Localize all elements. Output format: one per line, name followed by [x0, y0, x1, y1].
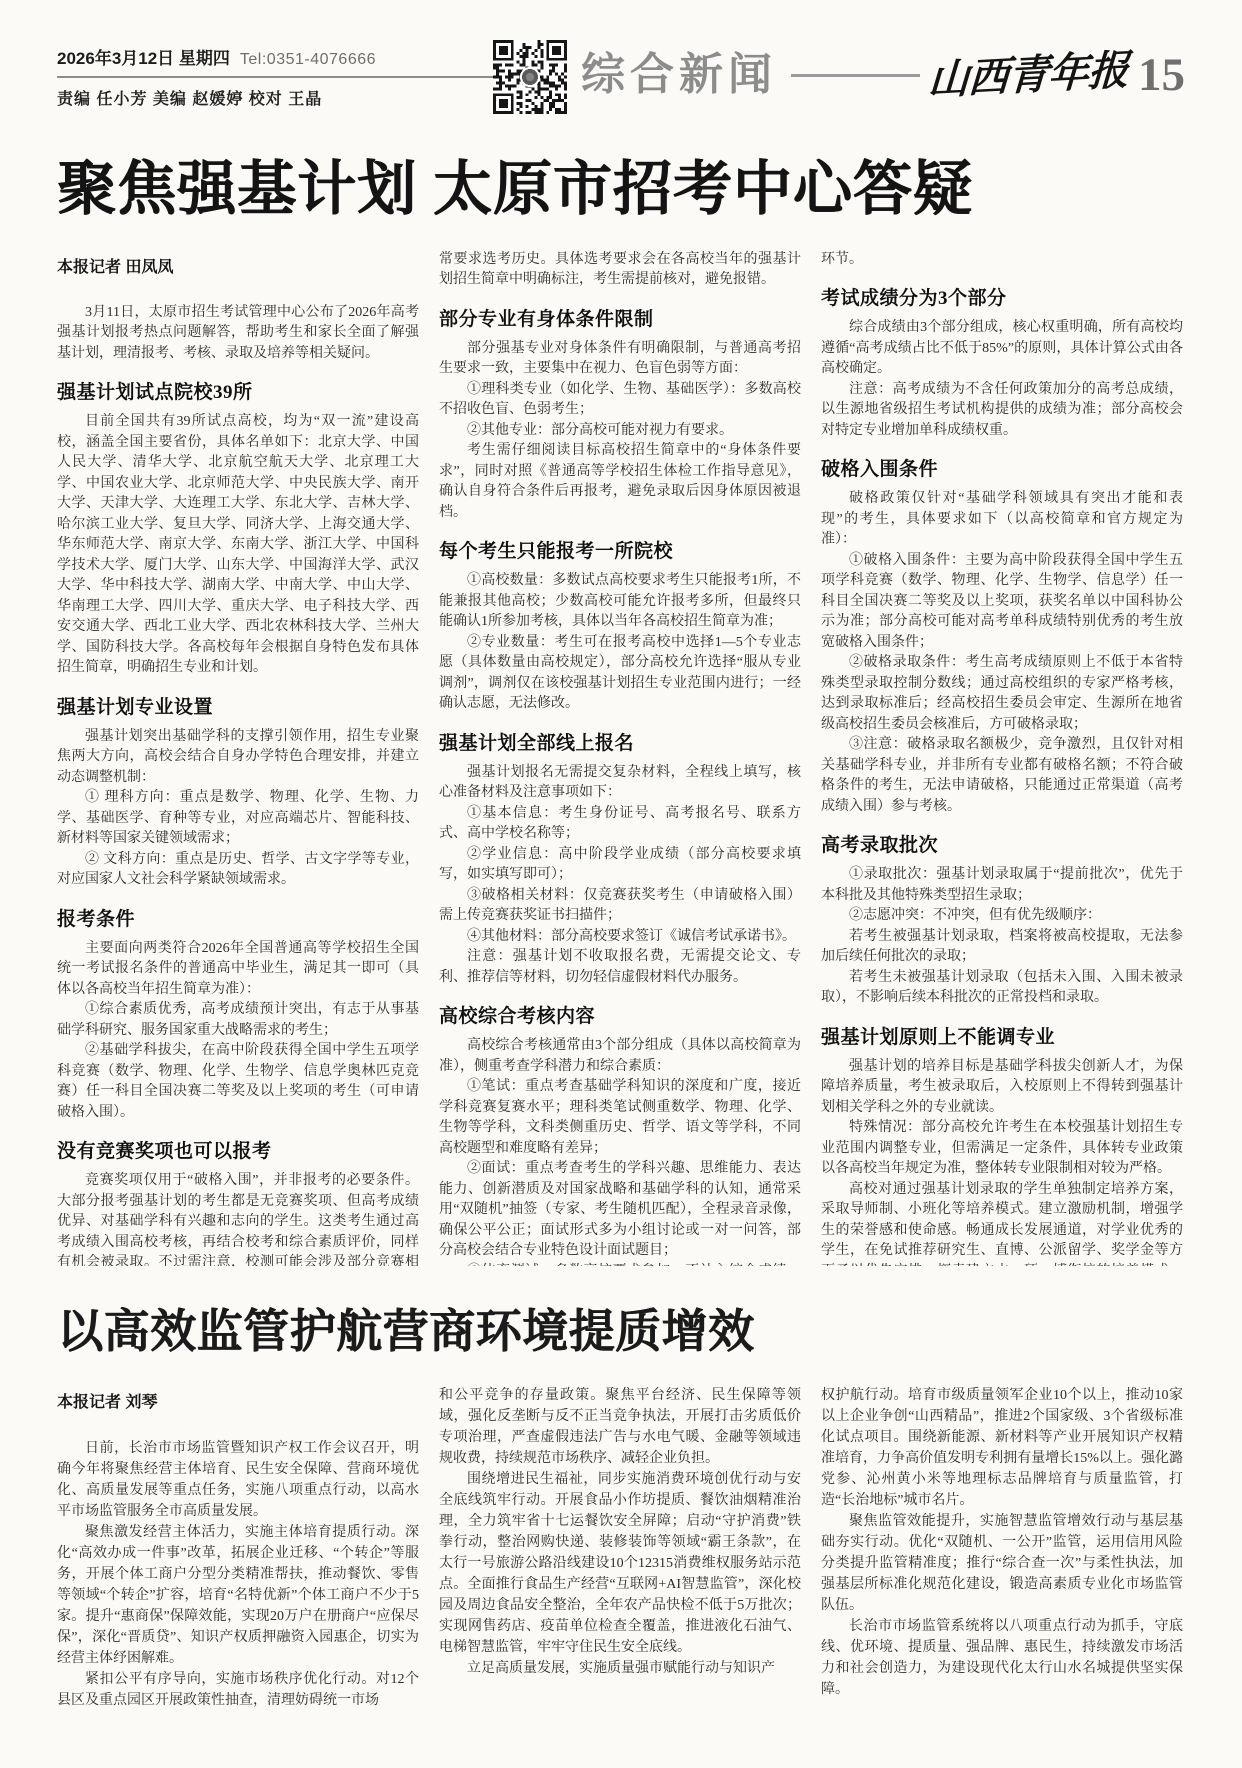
section-title: 综合新闻	[581, 53, 777, 97]
paragraph: ① 理科方向：重点是数学、物理、化学、生物、力学、基础医学、育种等专业，对应高端…	[57, 788, 419, 850]
article-column: 环节。考试成绩分为3个部分综合成绩由3个部分组成，核心权重明确，所有高校均遵循“…	[821, 250, 1183, 1266]
section-heading: 强基计划试点院校39所	[57, 377, 419, 404]
paragraph: 3月11日，太原市招生考试管理中心公布了2026年高考强基计划报考热点问题解答，…	[57, 303, 419, 365]
article-column: 常要求选考历史。具体选考要求会在各高校当年的强基计划招生简章中明确标注，考生需提…	[439, 250, 801, 1266]
paragraph: 综合成绩由3个部分组成，核心权重明确，所有高校均遵循“高考成绩占比不低于85%”…	[821, 318, 1183, 380]
paragraph: 竞赛奖项仅用于“破格入围”，并非报考的必要条件。大部分报考强基计划的考生都是无竞…	[57, 1171, 419, 1266]
paragraph: 日前，长治市市场监管暨知识产权工作会议召开，明确今年将聚焦经营主体培育、民生安全…	[57, 1438, 419, 1522]
paragraph: 权护航行动。培育市级质量领军企业10个以上，推动10家以上企业争创“山西精品”，…	[821, 1385, 1183, 1511]
header-left-block: 2026年3月12日 星期四Tel:0351-4076666 责编 任小芳 美编…	[57, 34, 493, 109]
paragraph: 注意：强基计划不收取报名费，无需提交论文、专利、推荐信等材料，切勿轻信虚假材料代…	[439, 947, 801, 988]
article2-columns: 本报记者 刘琴日前，长治市市场监管暨知识产权工作会议召开，明确今年将聚焦经营主体…	[57, 1385, 1185, 1757]
paragraph: ②基础学科拔尖，在高中阶段获得全国中学生五项学科竞赛（数学、物理、化学、生物学、…	[57, 1041, 419, 1123]
article2-headline: 以高效监管护航营商环境提质增效	[57, 1306, 1185, 1359]
section-heading: 考试成绩分为3个部分	[821, 283, 1183, 310]
paragraph: 强基计划突出基础学科的支撑引领作用，招生专业聚焦两大方向，高校会结合自身办学特色…	[57, 727, 419, 789]
section-heading: 报考条件	[57, 904, 419, 931]
page-header: 2026年3月12日 星期四Tel:0351-4076666 责编 任小芳 美编…	[57, 34, 1185, 116]
paragraph: ①破格入围条件：主要为高中阶段获得全国中学生五项学科竞赛（数学、物理、化学、生物…	[821, 551, 1183, 654]
byline: 本报记者 田凤凤	[57, 254, 419, 277]
paragraph: 部分强基专业对身体条件有明确限制，与普通高考招生要求一致，主要集中在视力、色盲色…	[439, 339, 801, 380]
paragraph: 聚焦激发经营主体活力，实施主体培育提质行动。深化“高效办成一件事”改革，拓展企业…	[57, 1522, 419, 1669]
paragraph: 立足高质量发展，实施质量强市赋能行动与知识产	[439, 1658, 801, 1679]
article-column: 本报记者 田凤凤3月11日，太原市招生考试管理中心公布了2026年高考强基计划报…	[57, 250, 419, 1266]
paragraph: 强基计划报名无需提交复杂材料，全程线上填写，核心准备材料及注意事项如下：	[439, 763, 801, 804]
section-heading: 破格入围条件	[821, 454, 1183, 481]
newspaper-page: 2026年3月12日 星期四Tel:0351-4076666 责编 任小芳 美编…	[0, 0, 1242, 1768]
section-heading: 高校综合考核内容	[439, 1001, 801, 1028]
article-qiangji-plan: 聚焦强基计划 太原市招考中心答疑 本报记者 田凤凤3月11日，太原市招生考试管理…	[57, 156, 1185, 1266]
paragraph: 注意：高考成绩为不含任何政策加分的高考总成绩，以生源地省级招生考试机构提供的成绩…	[821, 380, 1183, 442]
paragraph: ②其他专业：部分高校可能对视力有要求。	[439, 421, 801, 442]
section-heading: 强基计划原则上不能调专业	[821, 1022, 1183, 1049]
paragraph: 高校对通过强基计划录取的学生单独制定培养方案，采取导师制、小班化等培养模式。建立…	[821, 1180, 1183, 1266]
article-column: 权护航行动。培育市级质量领军企业10个以上，推动10家以上企业争创“山西精品”，…	[821, 1385, 1183, 1757]
paragraph: 高校综合考核通常由3个部分组成（具体以高校简章为准），侧重考查学科潜力和综合素质…	[439, 1036, 801, 1077]
paragraph: ④其他材料：部分高校要求签订《诚信考试承诺书》。	[439, 927, 801, 948]
article-supervision: 以高效监管护航营商环境提质增效 本报记者 刘琴日前，长治市市场监管暨知识产权工作…	[57, 1306, 1185, 1757]
article1-headline: 聚焦强基计划 太原市招考中心答疑	[57, 156, 1185, 224]
editors-text: 责编 任小芳 美编 赵媛婷 校对 王晶	[57, 78, 493, 109]
paragraph: 紧扣公平有序导向，实施市场秩序优化行动。对12个县区及重点园区开展政策性抽查，清…	[57, 1669, 419, 1711]
paragraph: ①基本信息：考生身份证号、高考报名号、联系方式、高中学校名称等；	[439, 804, 801, 845]
date-text: 2026年3月12日 星期四	[57, 49, 230, 68]
section-heading: 强基计划专业设置	[57, 692, 419, 719]
qr-code	[493, 40, 567, 114]
byline: 本报记者 刘琴	[57, 1389, 419, 1412]
paragraph: 强基计划的培养目标是基础学科拔尖创新人才，为保障培养质量，考生被录取后，入校原则…	[821, 1057, 1183, 1119]
paragraph: ②志愿冲突：不冲突，但有优先级顺序：	[821, 906, 1183, 927]
paragraph: 长治市市场监管系统将以八项重点行动为抓手，守底线、优环境、提质量、强品牌、惠民生…	[821, 1616, 1183, 1700]
paragraph: ③注意：破格录取名额极少，竞争激烈，且仅针对相关基础学科专业，并非所有专业都有破…	[821, 735, 1183, 817]
paragraph: 围绕增进民生福祉，同步实施消费环境创优行动与安全底线筑牢行动。开展食品小作坊提质…	[439, 1469, 801, 1658]
paragraph: ②破格录取条件：考生高考成绩原则上不低于本省特殊类型录取控制分数线；通过高校组织…	[821, 653, 1183, 735]
paragraph: 主要面向两类符合2026年全国普通高等学校招生全国统一考试报名条件的普通高中毕业…	[57, 939, 419, 1001]
paragraph: ①理科类专业（如化学、生物、基础医学）：多数高校不招收色盲、色弱考生；	[439, 380, 801, 421]
paragraph: 环节。	[821, 250, 1183, 271]
article-column: 本报记者 刘琴日前，长治市市场监管暨知识产权工作会议召开，明确今年将聚焦经营主体…	[57, 1385, 419, 1757]
paragraph: ①笔试：重点考查基础学科知识的深度和广度，接近学科竞赛复赛水平；理科类笔试侧重数…	[439, 1077, 801, 1159]
paragraph: ②面试：重点考查考生的学科兴趣、思维能力、表达能力、创新潜质及对国家战略和基础学…	[439, 1159, 801, 1262]
paragraph: 目前全国共有39所试点高校，均为“双一流”建设高校，涵盖全国主要省份，具体名单如…	[57, 412, 419, 679]
paragraph: ①高校数量：多数试点高校要求考生只能报考1所，不能兼报其他高校；少数高校可能允许…	[439, 571, 801, 633]
paragraph: 常要求选考历史。具体选考要求会在各高校当年的强基计划招生简章中明确标注，考生需提…	[439, 250, 801, 291]
masthead-logo: 山西青年报	[927, 49, 1129, 101]
paragraph: 和公平竞争的存量政策。聚焦平台经济、民生保障等领域，强化反垄断与反不正当竞争执法…	[439, 1385, 801, 1469]
date-row: 2026年3月12日 星期四Tel:0351-4076666	[57, 44, 493, 78]
section-heading: 没有竞赛奖项也可以报考	[57, 1136, 419, 1163]
section-heading: 部分专业有身体条件限制	[439, 304, 801, 331]
section-heading: 强基计划全部线上报名	[439, 728, 801, 755]
article-column: 和公平竞争的存量政策。聚焦平台经济、民生保障等领域，强化反垄断与反不正当竞争执法…	[439, 1385, 801, 1757]
paragraph: ①综合素质优秀，高考成绩预计突出，有志于从事基础学科研究、服务国家重大战略需求的…	[57, 1000, 419, 1041]
tel-text: Tel:0351-4076666	[240, 51, 376, 68]
paragraph: ③破格相关材料：仅竞赛获奖考生（申请破格入围）需上传竞赛获奖证书扫描件；	[439, 886, 801, 927]
paragraph: 特殊情况：部分高校允许考生在本校强基计划招生专业范围内调整专业，但需满足一定条件…	[821, 1118, 1183, 1180]
paragraph: ③体育测试：多数高校要求参加，不计入综合成绩，但需合格（不合格可能取消录取资格）…	[439, 1262, 801, 1266]
paragraph: 考生需仔细阅读目标高校招生简章中的“身体条件要求”，同时对照《普通高等学校招生体…	[439, 441, 801, 523]
paragraph: ②专业数量：考生可在报考高校中选择1—5个专业志愿（具体数量由高校规定），部分高…	[439, 633, 801, 715]
paragraph: 若考生未被强基计划录取（包括未入围、入围未被录取），不影响后续本科批次的正常投档…	[821, 968, 1183, 1009]
paragraph: ①录取批次：强基计划录取属于“提前批次”，优先于本科批及其他特殊类型招生录取；	[821, 865, 1183, 906]
paragraph: ②学业信息：高中阶段学业成绩（部分高校要求填写，如实填写即可）；	[439, 845, 801, 886]
paragraph: ② 文科方向：重点是历史、哲学、古文字学等专业，对应国家人文社会科学紧缺领域需求…	[57, 850, 419, 891]
paragraph: 破格政策仅针对“基础学科领域具有突出才能和表现”的考生，具体要求如下（以高校简章…	[821, 489, 1183, 551]
page-number: 15	[1138, 52, 1185, 99]
paragraph: 聚焦监管效能提升，实施智慧监管增效行动与基层基础夯实行动。优化“双随机、一公开”…	[821, 1511, 1183, 1616]
paragraph: 若考生被强基计划录取，档案将被高校提取，无法参加后续任何批次的录取；	[821, 927, 1183, 968]
article1-columns: 本报记者 田凤凤3月11日，太原市招生考试管理中心公布了2026年高考强基计划报…	[57, 250, 1185, 1266]
section-heading: 每个考生只能报考一所院校	[439, 536, 801, 563]
section-heading: 高考录取批次	[821, 830, 1183, 857]
header-divider-line	[791, 74, 920, 77]
